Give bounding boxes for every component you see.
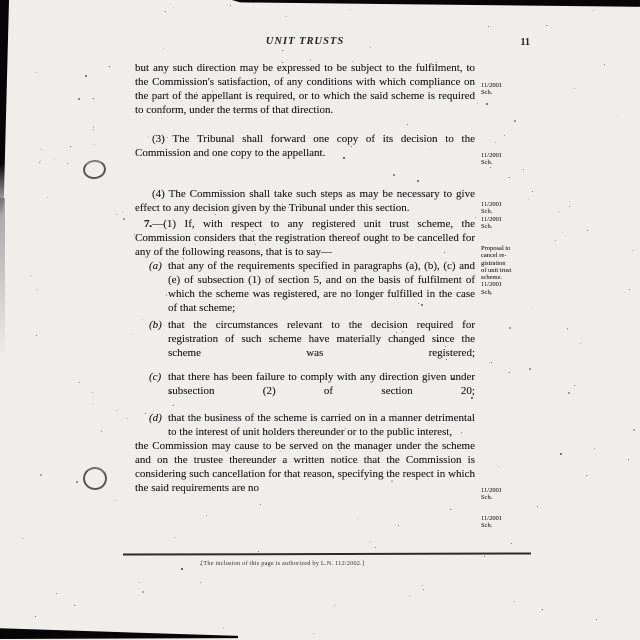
noise-dot bbox=[258, 551, 259, 552]
noise-dot bbox=[569, 206, 570, 207]
noise-dot bbox=[532, 307, 533, 308]
paragraph: but any such direction may be expressed … bbox=[135, 61, 475, 117]
noise-dot bbox=[31, 275, 32, 276]
margin-note: 11/2001Sch. bbox=[481, 515, 537, 530]
margin-note-line: gistration bbox=[481, 260, 537, 267]
noise-dot bbox=[523, 169, 524, 170]
scanned-document-page: UNIT TRUSTS 11 but any such direction ma… bbox=[0, 0, 640, 640]
noise-dot bbox=[92, 403, 93, 404]
noise-dot bbox=[123, 218, 125, 220]
noise-dot bbox=[532, 191, 533, 192]
running-header: UNIT TRUSTS 11 bbox=[135, 36, 530, 50]
noise-dot bbox=[286, 16, 287, 17]
margin-note-line: 11/2001 bbox=[481, 515, 537, 522]
noise-dot bbox=[54, 159, 55, 160]
noise-dot bbox=[36, 289, 37, 290]
margin-note-line: Sch. bbox=[481, 522, 537, 529]
noise-dot bbox=[56, 593, 57, 594]
noise-dot bbox=[101, 431, 102, 432]
margin-note-line: Sch. bbox=[481, 289, 537, 296]
noise-dot bbox=[70, 146, 71, 147]
noise-dot bbox=[40, 474, 42, 476]
noise-dot bbox=[450, 509, 451, 510]
noise-dot bbox=[559, 211, 560, 212]
noise-dot bbox=[127, 418, 128, 419]
noise-dot bbox=[574, 385, 575, 386]
noise-dot bbox=[122, 212, 123, 213]
noise-dot bbox=[230, 5, 231, 6]
noise-dot bbox=[568, 392, 570, 394]
margin-note-line: Sch. bbox=[481, 89, 537, 96]
page-title: UNIT TRUSTS bbox=[135, 36, 475, 47]
list-item-label: (a) bbox=[149, 259, 162, 273]
noise-dot bbox=[574, 88, 575, 89]
margin-note-line: of unit trust bbox=[481, 267, 537, 274]
noise-dot bbox=[617, 115, 618, 116]
margin-note: 11/2001Sch. bbox=[481, 82, 537, 97]
noise-dot bbox=[67, 163, 68, 164]
noise-dot bbox=[567, 329, 568, 330]
noise-dot bbox=[74, 605, 75, 606]
noise-dot bbox=[115, 500, 116, 501]
noise-dot bbox=[35, 616, 36, 617]
footer-note: [The inclusion of this page is authorize… bbox=[201, 560, 364, 567]
scan-edge-left bbox=[0, 0, 9, 218]
noise-dot bbox=[165, 11, 166, 12]
noise-dot bbox=[488, 26, 489, 27]
noise-dot bbox=[41, 149, 42, 150]
noise-dot bbox=[580, 343, 581, 344]
list-item: (c)that there has been failure to comply… bbox=[135, 370, 475, 398]
noise-dot bbox=[132, 334, 133, 335]
margin-note-line: scheme. bbox=[481, 274, 537, 281]
noise-dot bbox=[529, 368, 531, 370]
noise-dot bbox=[491, 362, 492, 363]
page-number: 11 bbox=[521, 37, 530, 48]
noise-dot bbox=[542, 609, 543, 610]
noise-dot bbox=[93, 129, 94, 130]
noise-dot bbox=[93, 98, 94, 99]
noise-dot bbox=[477, 103, 478, 104]
noise-dot bbox=[23, 538, 24, 539]
noise-dot bbox=[514, 120, 516, 122]
noise-dot bbox=[85, 75, 87, 77]
noise-dot bbox=[260, 504, 261, 505]
noise-dot bbox=[546, 25, 547, 26]
margin-note: 11/2001Sch.11/2001Sch. bbox=[481, 201, 537, 230]
margin-note-line: 11/2001 bbox=[481, 82, 537, 89]
noise-dot bbox=[586, 475, 587, 476]
noise-dot bbox=[509, 177, 510, 178]
list-item-text: that the circumstances relevant to the d… bbox=[168, 319, 475, 359]
noise-dot bbox=[282, 50, 283, 51]
list-item: (d)that the business of the scheme is ca… bbox=[135, 411, 475, 439]
noise-dot bbox=[633, 429, 635, 431]
noise-dot bbox=[370, 541, 371, 542]
noise-dot bbox=[357, 518, 358, 519]
list-item-label: (d) bbox=[149, 411, 162, 425]
margin-note-line: Proposal to bbox=[481, 245, 537, 252]
noise-dot bbox=[92, 392, 93, 393]
list-item-text: that the business of the scheme is carri… bbox=[168, 412, 475, 438]
noise-dot bbox=[109, 66, 110, 67]
noise-dot bbox=[604, 64, 605, 65]
list-item-label: (b) bbox=[149, 318, 162, 332]
noise-dot bbox=[398, 525, 399, 526]
noise-dot bbox=[423, 589, 424, 590]
noise-dot bbox=[495, 142, 496, 143]
margin-note-line: 11/2001 bbox=[481, 281, 537, 288]
noise-dot bbox=[200, 582, 201, 583]
noise-dot bbox=[76, 481, 78, 483]
noise-dot bbox=[40, 160, 41, 161]
noise-dot bbox=[334, 605, 335, 606]
noise-dot bbox=[223, 628, 224, 629]
noise-dot bbox=[142, 591, 144, 593]
margin-note-line: Sch. bbox=[481, 208, 537, 215]
noise-dot bbox=[587, 230, 588, 231]
noise-dot bbox=[511, 543, 512, 544]
noise-dot bbox=[628, 459, 629, 460]
margin-note-line: Sch. bbox=[481, 494, 537, 501]
noise-dot bbox=[594, 448, 595, 449]
noise-dot bbox=[375, 547, 376, 548]
noise-dot bbox=[47, 197, 48, 198]
noise-dot bbox=[36, 72, 37, 73]
noise-dot bbox=[514, 601, 515, 602]
list-item-label: (c) bbox=[149, 370, 161, 384]
list-item-text: that any of the requirements specified i… bbox=[168, 260, 475, 314]
paragraph: 7.—(1) If, with respect to any registere… bbox=[135, 217, 475, 259]
noise-dot bbox=[116, 410, 117, 411]
noise-dot bbox=[93, 127, 94, 128]
margin-note: Proposal tocancel re-gistrationof unit t… bbox=[481, 245, 537, 296]
noise-dot bbox=[560, 453, 562, 455]
scan-edge-bottom-left bbox=[0, 627, 238, 640]
margin-note-line: 11/2001 bbox=[481, 201, 537, 208]
noise-dot bbox=[629, 289, 630, 290]
noise-dot bbox=[475, 217, 476, 218]
margin-note-line: 11/2001 bbox=[481, 216, 537, 223]
margin-note: 11/2001Sch. bbox=[481, 487, 537, 502]
noise-dot bbox=[409, 596, 410, 597]
noise-dot bbox=[94, 144, 95, 145]
margin-note-line: Sch. bbox=[481, 223, 537, 230]
margin-note-line: Sch. bbox=[481, 159, 537, 166]
noise-dot bbox=[537, 506, 538, 507]
noise-dot bbox=[593, 10, 594, 11]
noise-dot bbox=[528, 199, 529, 200]
noise-dot bbox=[206, 515, 207, 516]
punch-hole-top bbox=[82, 159, 107, 180]
footer-rule bbox=[123, 552, 531, 555]
margin-note-line: cancel re- bbox=[481, 252, 537, 259]
noise-dot bbox=[175, 537, 176, 538]
paragraph: (3) The Tribunal shall forward one copy … bbox=[135, 132, 475, 160]
noise-dot bbox=[486, 103, 488, 105]
noise-dot bbox=[567, 328, 568, 329]
noise-dot bbox=[498, 466, 499, 467]
noise-dot bbox=[79, 382, 80, 383]
body-text-column: but any such direction may be expressed … bbox=[135, 61, 475, 495]
noise-dot bbox=[509, 372, 510, 373]
margin-note: 11/2001Sch. bbox=[481, 152, 537, 167]
noise-dot bbox=[350, 9, 351, 10]
noise-dot bbox=[596, 619, 597, 620]
noise-dot bbox=[39, 162, 40, 163]
noise-dot bbox=[139, 582, 140, 583]
section-number: 7. bbox=[144, 218, 152, 230]
punch-hole-bottom bbox=[82, 466, 108, 491]
noise-dot bbox=[504, 135, 505, 136]
scan-edge-top-right bbox=[232, 0, 640, 8]
list-item: (a)that any of the requirements specifie… bbox=[135, 259, 475, 315]
noise-dot bbox=[313, 633, 314, 634]
list-item-text: that there has been failure to comply wi… bbox=[168, 371, 475, 397]
list-item: (b)that the circumstances relevant to th… bbox=[135, 318, 475, 360]
scan-edge-left-shadow bbox=[0, 198, 5, 358]
margin-note-line: 11/2001 bbox=[481, 487, 537, 494]
noise-dot bbox=[116, 214, 117, 215]
noise-dot bbox=[490, 167, 491, 168]
paragraph: the Commission may cause to be served on… bbox=[135, 439, 475, 495]
noise-dot bbox=[484, 556, 485, 557]
noise-dot bbox=[36, 335, 37, 336]
paragraph: (4) The Commission shall take such steps… bbox=[135, 187, 475, 215]
noise-dot bbox=[78, 98, 80, 100]
margin-note-line: 11/2001 bbox=[481, 152, 537, 159]
noise-dot bbox=[181, 568, 183, 570]
noise-dot bbox=[509, 327, 511, 329]
noise-dot bbox=[173, 7, 174, 8]
noise-dot bbox=[562, 232, 563, 233]
noise-dot bbox=[422, 585, 423, 586]
noise-dot bbox=[555, 240, 556, 241]
noise-dot bbox=[632, 250, 633, 251]
noise-dot bbox=[490, 294, 491, 295]
